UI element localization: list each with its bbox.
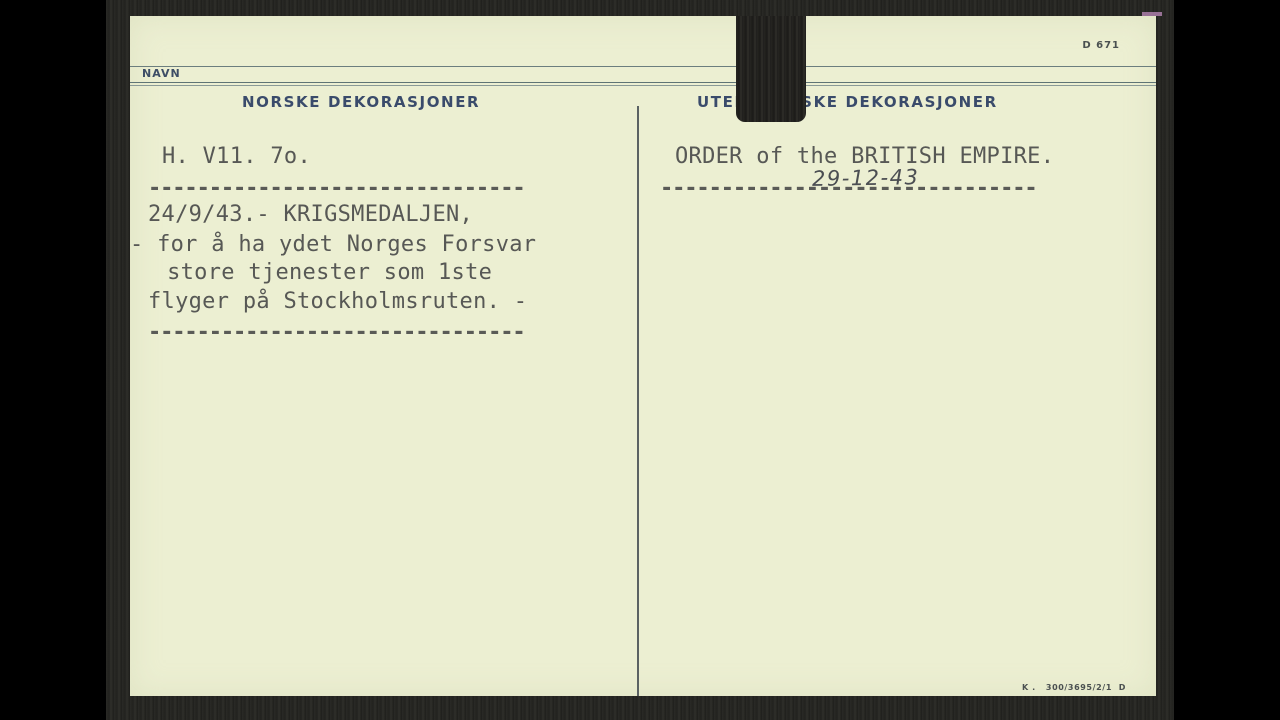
entry-line: flyger på Stockholmsruten. - <box>148 289 527 314</box>
index-card: D 671 NAVN NORSKE DEKORASJONER UTENLANDS… <box>130 16 1156 696</box>
reference-number: H. V11. 7o. <box>162 144 311 169</box>
name-field-label: NAVN <box>142 67 181 80</box>
entry-line: - for å ha ydet Norges Forsvar <box>130 232 536 257</box>
name-field-rule <box>130 82 1156 86</box>
card-number: D 671 <box>1082 40 1120 51</box>
handwritten-date: 29-12-43 <box>812 165 920 191</box>
norwegian-decorations-heading: NORSKE DEKORASJONER <box>242 93 480 111</box>
entry-line: store tjenester som 1ste <box>140 260 492 285</box>
corner-mark <box>1142 12 1162 16</box>
column-divider <box>637 106 639 696</box>
card-tab-notch <box>736 16 806 122</box>
form-code: K . 300/3695/2/1 D <box>1022 683 1126 692</box>
separator-line: ------------------------------- <box>148 176 525 201</box>
top-rule <box>130 66 1156 67</box>
separator-line: ------------------------------- <box>148 320 525 345</box>
entry-line: 24/9/43.- KRIGSMEDALJEN, <box>148 202 473 227</box>
